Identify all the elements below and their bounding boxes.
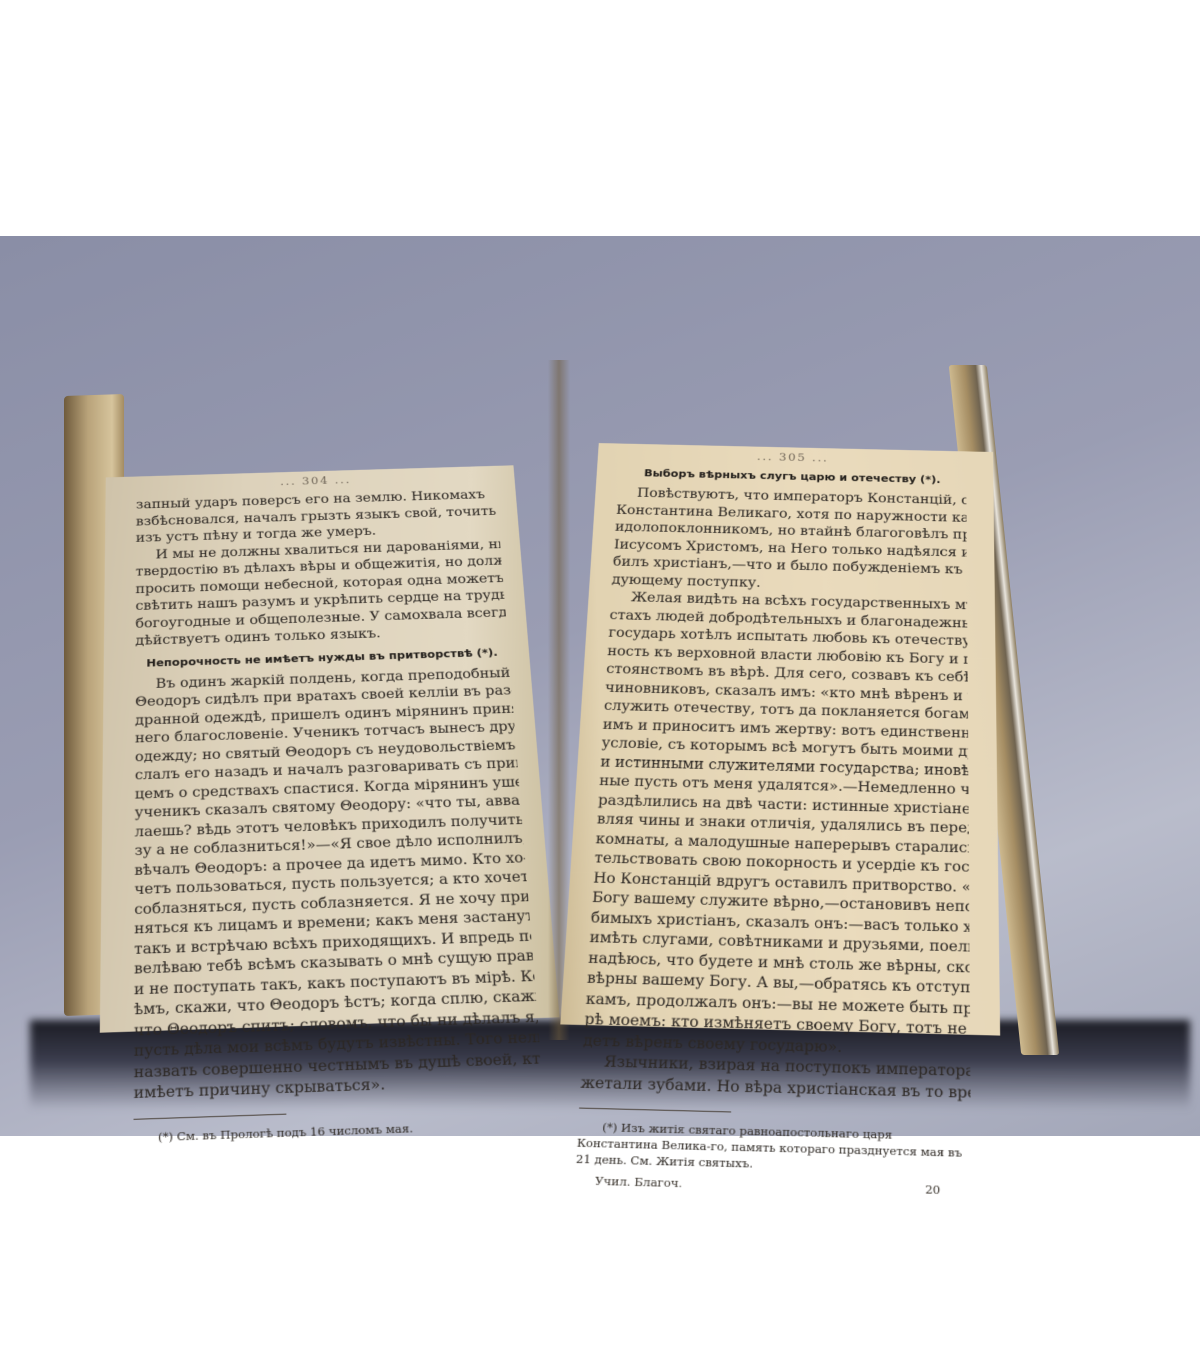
left-page: ... 304 ... запный ударъ поверсъ его на … [100, 465, 560, 1032]
signature-line: Учил. Благоч. 20 [574, 1173, 971, 1198]
top-paragraph: запный ударъ поверсъ его на землю. Ником… [135, 486, 507, 650]
running-head: ... 305 ... [619, 448, 966, 468]
right-page: ... 305 ... Выборъ вѣрныхъ слугъ царю и … [560, 443, 1000, 1036]
sheet-number: 20 [925, 1182, 971, 1198]
body-paragraph: Въ одинъ жаркій полдень, когда преподобн… [134, 664, 544, 1104]
signature-mark: Учил. Благоч. [574, 1173, 682, 1190]
section-heading: Выборъ вѣрныхъ слугъ царю и отечеству (*… [618, 466, 966, 486]
body-paragraph: Повѣствуютъ, что императоръ Констанцій, … [580, 484, 971, 1103]
footnote: (*) Изъ житія святаго равноапостольнаго … [575, 1119, 971, 1178]
